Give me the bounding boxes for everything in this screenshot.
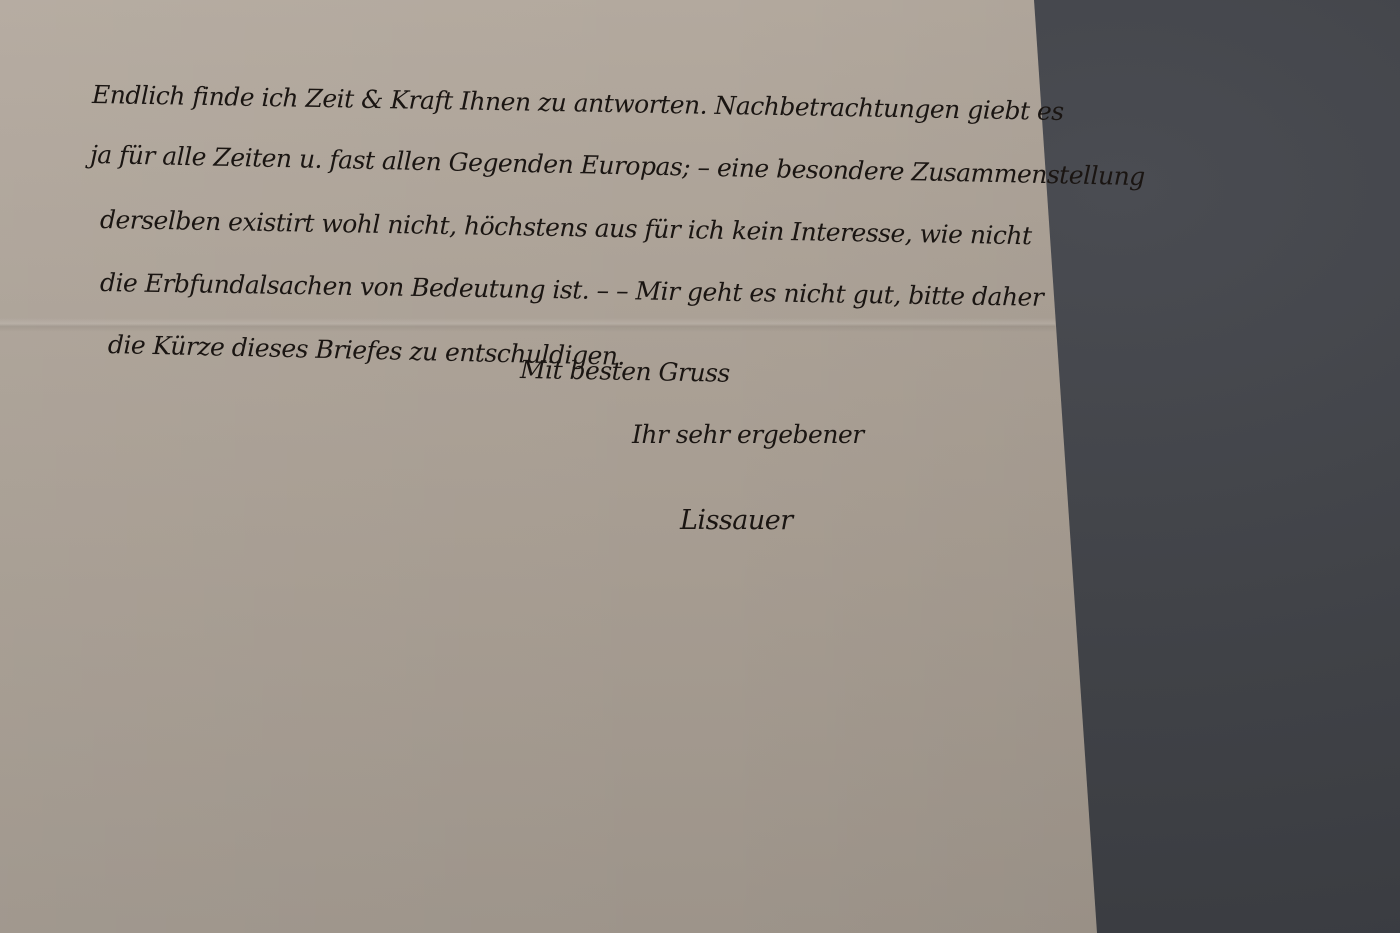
closing-greeting: Mit besten Gruss [520, 355, 730, 388]
signature: Lissauer [680, 505, 793, 536]
body-line-2: ja für alle Zeiten u. fast allen Gegende… [90, 140, 1145, 191]
signoff: Ihr sehr ergebener [632, 420, 864, 449]
letter-text: Endlich finde ich Zeit & Kraft Ihnen zu … [0, 0, 1040, 600]
body-line-4: die Erbfundalsachen von Bedeutung ist. –… [100, 268, 1044, 312]
body-line-3: derselben existirt wohl nicht, höchstens… [100, 205, 1032, 250]
body-line-1: Endlich finde ich Zeit & Kraft Ihnen zu … [92, 80, 1064, 126]
